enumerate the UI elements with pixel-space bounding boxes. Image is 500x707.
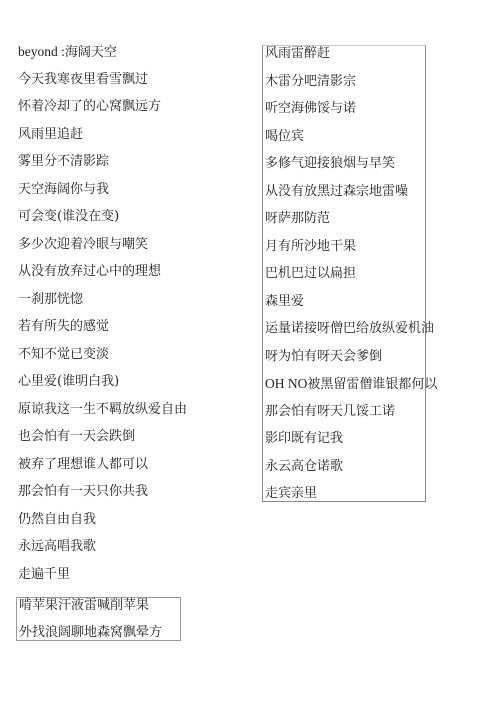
phonetic-line: 运量诺接呀僧巴给放纵爱机油 [265,321,425,349]
phonetic-line: 巴机巴过以扁担 [265,266,425,294]
phonetic-line: 森里爱 [265,294,425,322]
lyrics-left-column: beyond :海阔天空 今天我寒夜里看雪飘过 怀着冷却了的心窝飘远方 风雨里追… [18,44,187,594]
lyric-line: 仍然自由自我 [18,512,187,540]
phonetic-line: 走宾亲里 [265,486,425,514]
song-name: 海阔天空 [65,45,117,60]
lyric-line: 走遍千里 [18,567,187,595]
lyric-line: 今天我寒夜里看雪飘过 [18,72,187,100]
phonetic-line: 月有所沙地干果 [265,239,425,267]
lyric-line: 怀着冷却了的心窝飘远方 [18,99,187,127]
phonetic-lyrics-box: 风雨雷醉赶 木雷分吧清影宗 听空海佛馁与诺 喝位宾 多修气迎接狼烟与早笑 从没有… [262,45,426,502]
phonetic-text: 被黑留雷僧谁银都何以 [307,377,437,392]
lyric-line: 风雨里追赶 [18,127,187,155]
lyric-line: 多少次迎着冷眼与嘲笑 [18,237,187,265]
phonetic-line: 呀为怕有呀天会爹倒 [265,349,425,377]
lyric-line: 可会变(谁没在变) [18,209,187,237]
artist-name: beyond : [18,44,65,59]
lyric-line: 天空海阔你与我 [18,182,187,210]
phonetic-line-mixed: OH NO被黑留雷僧谁银都何以 [265,376,425,404]
phonetic-line: 听空海佛馁与诺 [265,101,425,129]
phonetic-line: 啃苹果汗液雷喊削苹果 [19,598,180,625]
phonetic-line: 呀萨那防范 [265,211,425,239]
phonetic-line: 永云高仓诺歌 [265,459,425,487]
lyric-line: 那会怕有一天只你共我 [18,484,187,512]
lyric-line: 被弃了理想谁人都可以 [18,457,187,485]
lyric-line: 不知不觉已变淡 [18,347,187,375]
phonetic-line: 多修气迎接狼烟与早笑 [265,156,425,184]
lyric-line: 原谅我这一生不羁放纵爱自由 [18,402,187,430]
phonetic-line: 风雨雷醉赶 [265,46,425,74]
phonetic-line: 从没有放黑过森宗地雷噪 [265,184,425,212]
lyric-line: 永远高唱我歌 [18,539,187,567]
lyric-line: 心里爱(谁明白我) [18,374,187,402]
phonetic-line: 木雷分吧清影宗 [265,74,425,102]
lyric-line: 若有所失的感觉 [18,319,187,347]
lyric-line: 也会怕有一天会跌倒 [18,429,187,457]
exclamation-text: OH NO [265,376,307,391]
lyric-line: 从没有放弃过心中的理想 [18,264,187,292]
lyric-line: 一刹那恍惚 [18,292,187,320]
phonetic-lyrics-box-bottom: 啃苹果汗液雷喊削苹果 外找浪阔聊地森窝飘晕方 [16,597,181,641]
phonetic-line: 那会怕有呀天几馁工诺 [265,404,425,432]
lyric-line: 雾里分不清影踪 [18,154,187,182]
song-title: beyond :海阔天空 [18,44,187,72]
phonetic-line: 喝位宾 [265,129,425,157]
phonetic-line: 影印既有记我 [265,431,425,459]
phonetic-line: 外找浪阔聊地森窝飘晕方 [19,625,180,652]
